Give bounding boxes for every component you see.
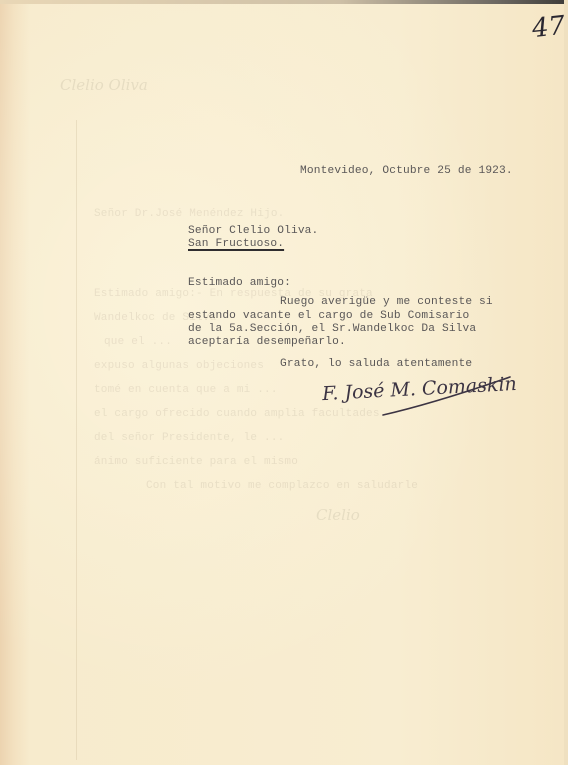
- handwritten-page-number: 47.: [531, 10, 568, 44]
- bleed-through-line: que el ...: [104, 336, 172, 348]
- bleed-through-line: del señor Presidente, le ...: [94, 432, 284, 444]
- body-line: aceptaría desempeñarlo.: [188, 336, 346, 348]
- bleed-through-line: expuso algunas objeciones: [94, 360, 264, 372]
- closing-line: Grato, lo saluda atentamente: [280, 358, 472, 370]
- salutation: Estimado amigo:: [188, 277, 291, 289]
- bleed-through-line: ánimo suficiente para el mismo: [94, 456, 298, 468]
- body-line: de la 5a.Sección, el Sr.Wandelkoc Da Sil…: [188, 323, 476, 335]
- bleed-through-line: Con tal motivo me complazco en saludarle: [146, 480, 418, 492]
- scanned-letter-page: Clelio Oliva Señor Dr.José Menéndez Hijo…: [0, 0, 568, 765]
- recipient-name: Señor Clelio Oliva.: [188, 225, 318, 237]
- bleed-through-line: Señor Dr.José Menéndez Hijo.: [94, 208, 284, 220]
- page-right-edge: [564, 0, 568, 765]
- bleed-through-signature: Clelio: [316, 506, 360, 524]
- bleed-through-line: el cargo ofrecido cuando amplia facultad…: [94, 408, 380, 420]
- recipient-location: San Fructuoso.: [188, 238, 284, 250]
- body-line: Ruego averigüe y me conteste si: [280, 296, 493, 308]
- date-line: Montevideo, Octubre 25 de 1923.: [300, 165, 513, 177]
- bleed-through-header-script: Clelio Oliva: [60, 76, 148, 94]
- signature-flourish-icon: [378, 375, 518, 435]
- paper-fold-line: [76, 120, 77, 760]
- body-line: estando vacante el cargo de Sub Comisari…: [188, 310, 469, 322]
- bleed-through-line: tomé en cuenta que a mi ...: [94, 384, 278, 396]
- page-top-edge: [0, 0, 568, 4]
